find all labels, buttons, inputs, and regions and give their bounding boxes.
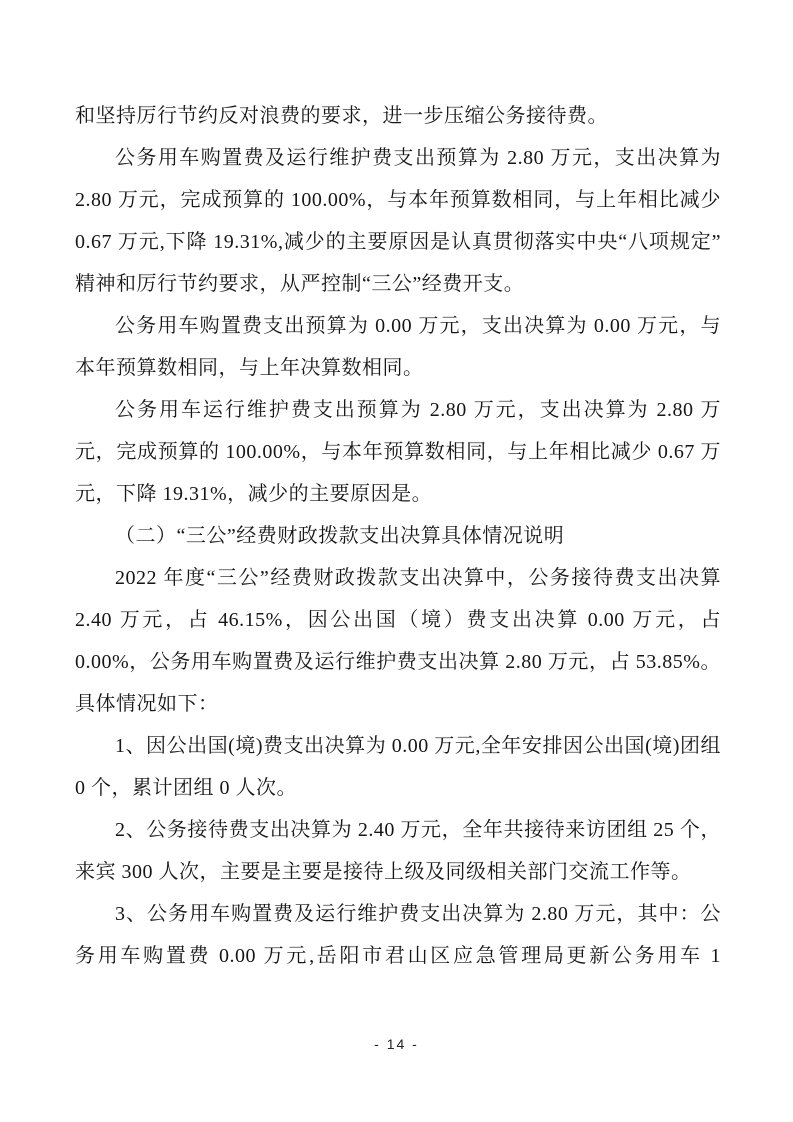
paragraph-item-1-abroad: 1、因公出国(境)费支出决算为 0.00 万元,全年安排因公出国(境)团组 0 …	[75, 725, 721, 809]
page-number: - 14 -	[0, 1036, 793, 1052]
paragraph-vehicle-purchase: 公务用车购置费支出预算为 0.00 万元，支出决算为 0.00 万元，与本年预算…	[75, 305, 721, 389]
paragraph-continuation: 和坚持厉行节约反对浪费的要求，进一步压缩公务接待费。	[75, 95, 721, 137]
paragraph-vehicle-maintenance: 公务用车运行维护费支出预算为 2.80 万元，支出决算为 2.80 万元，完成预…	[75, 389, 721, 515]
paragraph-overview-2022: 2022 年度“三公”经费财政拨款支出决算中，公务接待费支出决算 2.40 万元…	[75, 557, 721, 725]
paragraph-item-3-vehicle: 3、公务用车购置费及运行维护费支出决算为 2.80 万元，其中：公务用车购置费 …	[75, 893, 721, 977]
document-page: 和坚持厉行节约反对浪费的要求，进一步压缩公务接待费。 公务用车购置费及运行维护费…	[0, 0, 793, 1122]
document-body: 和坚持厉行节约反对浪费的要求，进一步压缩公务接待费。 公务用车购置费及运行维护费…	[75, 95, 721, 977]
paragraph-vehicle-total: 公务用车购置费及运行维护费支出预算为 2.80 万元，支出决算为 2.80 万元…	[75, 137, 721, 305]
paragraph-item-2-reception: 2、公务接待费支出决算为 2.40 万元，全年共接待来访团组 25 个，来宾 3…	[75, 809, 721, 893]
section-heading-two: （二）“三公”经费财政拨款支出决算具体情况说明	[75, 515, 721, 557]
